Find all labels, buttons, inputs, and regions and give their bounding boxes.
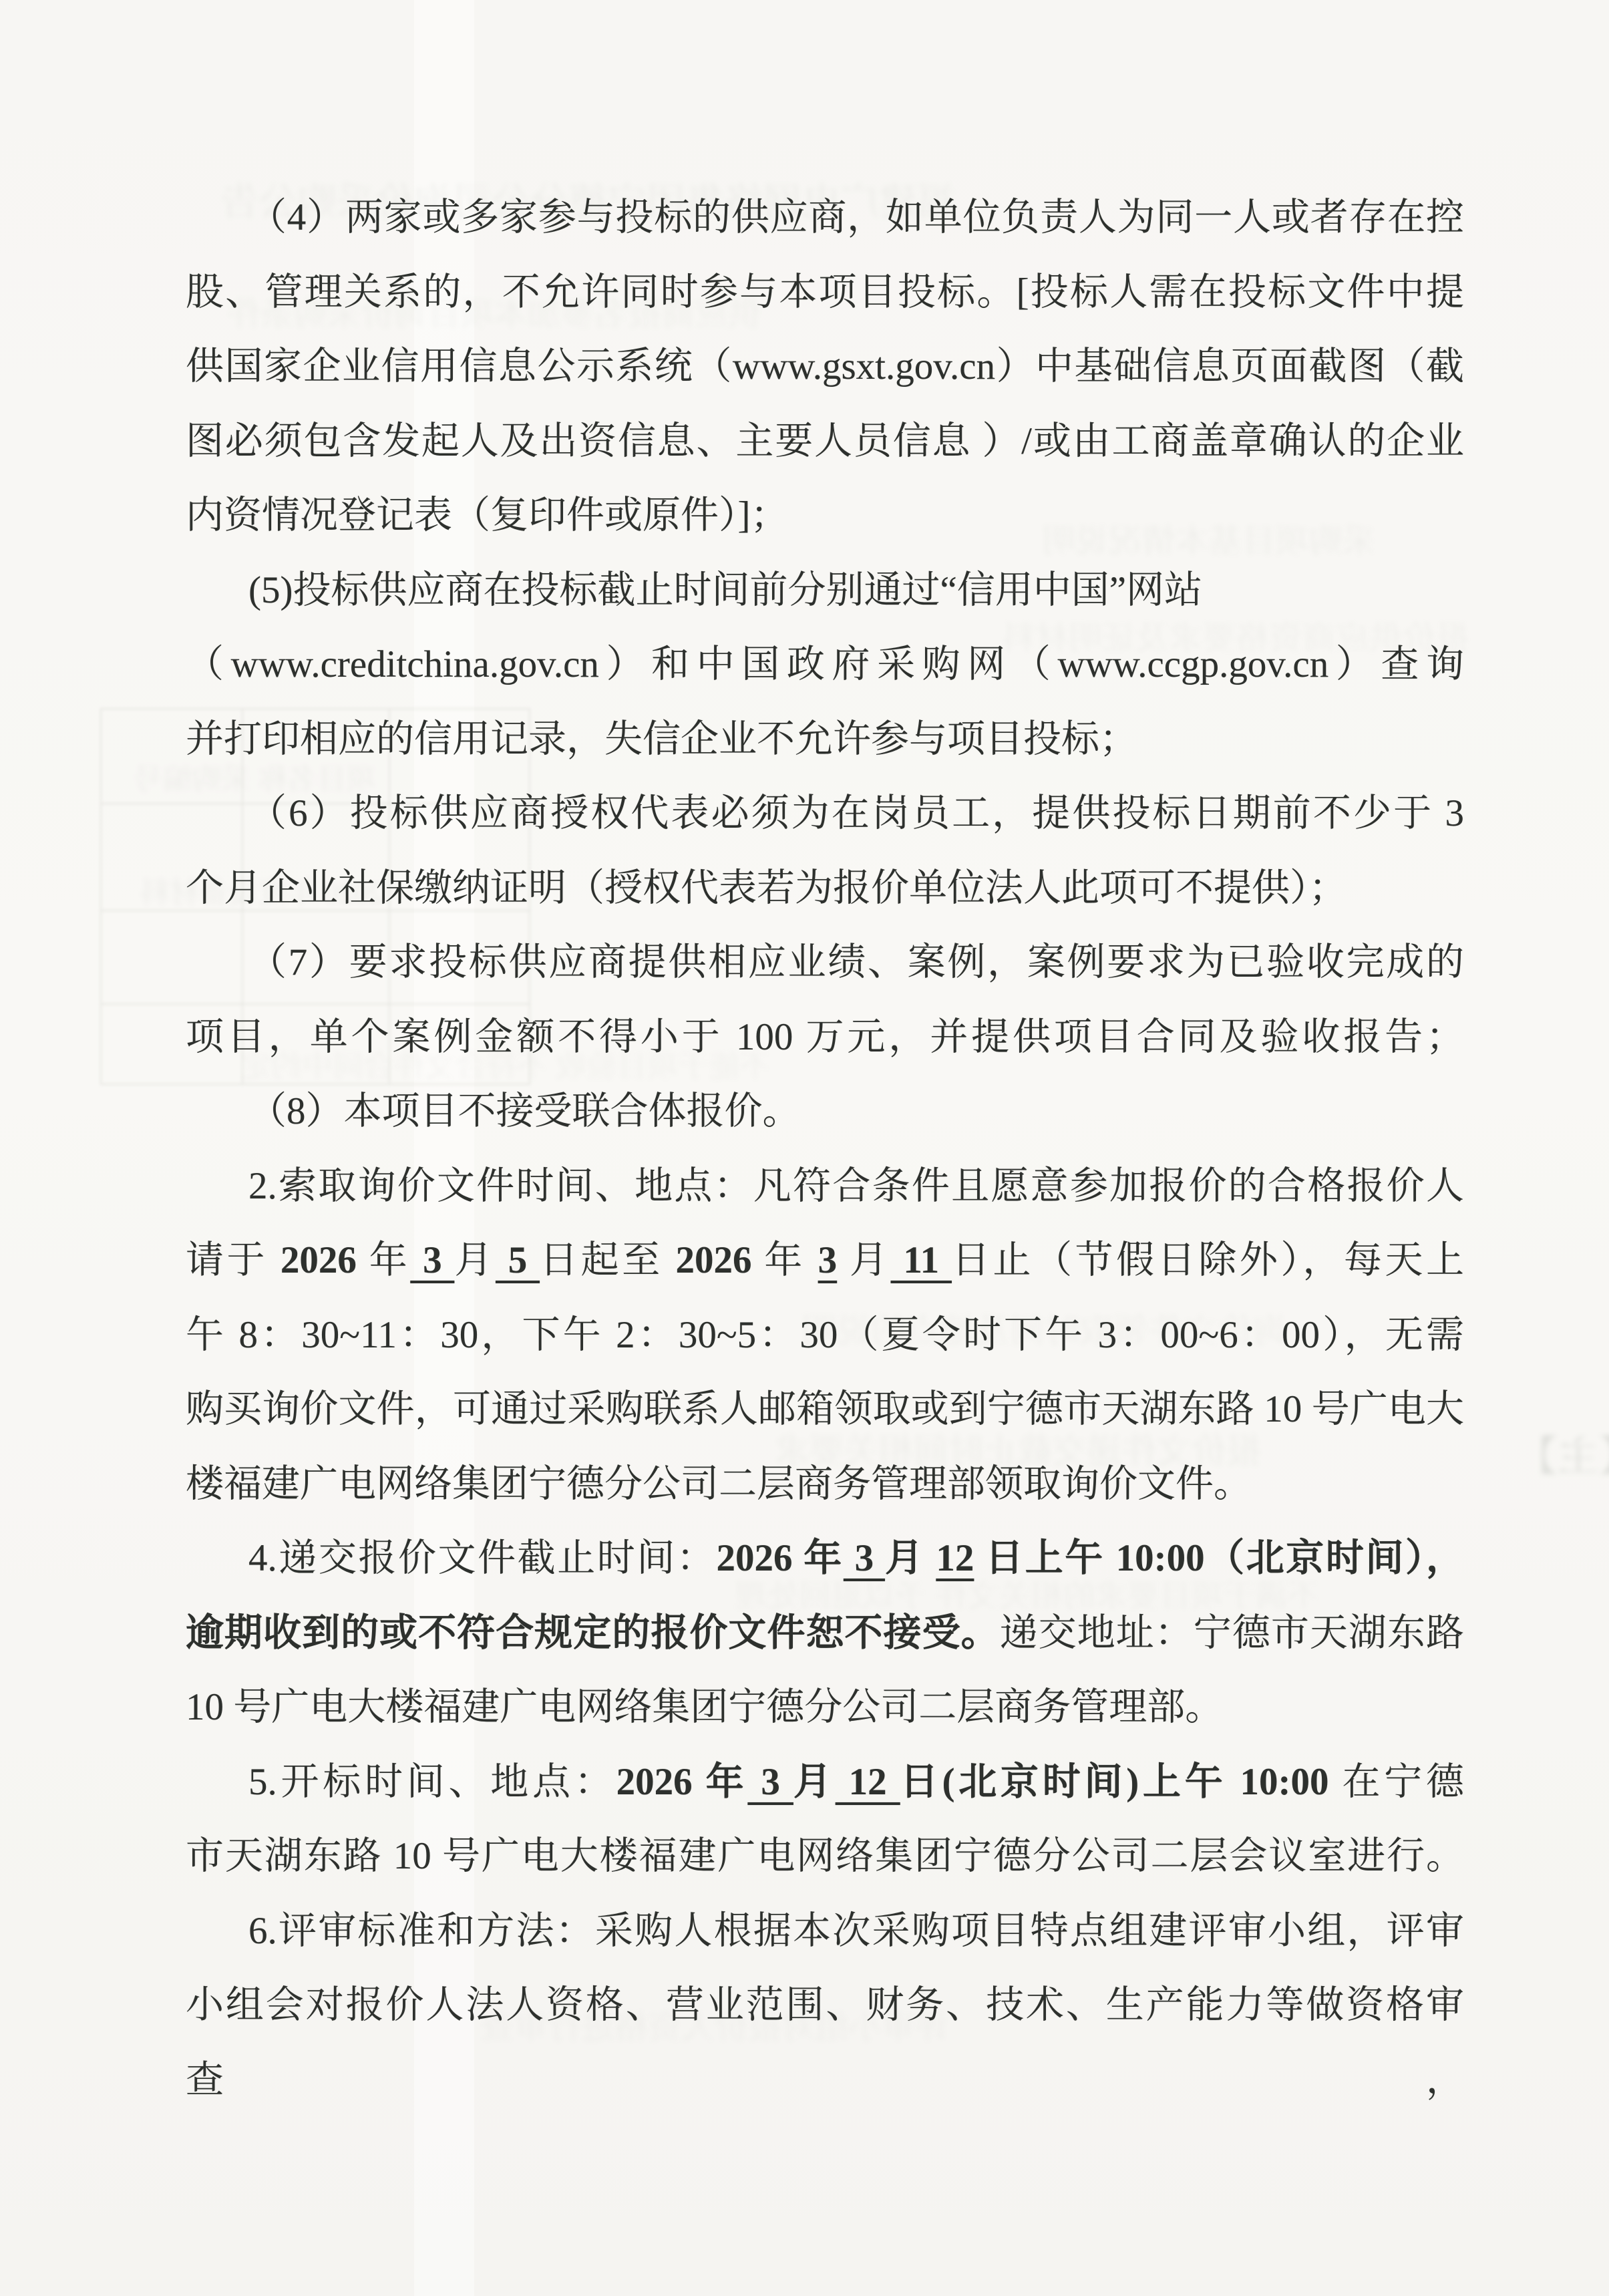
text-segment: 楼福建广电网络集团宁德分公司二层商务管理部领取询价文件。 (186, 1463, 1252, 1505)
text-line: 个月企业社保缴纳证明（授权代表若为报价单位法人此项可不提供）； (186, 851, 1464, 926)
text-segment: 5.开标时间、地点： (248, 1761, 616, 1803)
text-line: 股、管理关系的，不允许同时参与本项目投标。[投标人需在投标文件中提 (186, 255, 1464, 330)
text-segment: 内资情况登记表（复印件或原件）]； (186, 494, 788, 536)
text-segment: 个月企业社保缴纳证明（授权代表若为报价单位法人此项可不提供）； (186, 867, 1347, 909)
text-segment: 在宁德 (1343, 1761, 1465, 1803)
text-segment: 6.评审标准和方法：采购人根据本次采购项目特点组建评审小组，评审 (248, 1910, 1464, 1952)
text-segment: （7）要求投标供应商提供相应业绩、案例，案例要求为已验收完成的 (248, 941, 1464, 983)
underlined-date-value: 5 (496, 1239, 540, 1281)
text-segment: 10 号广电大楼福建广电网络集团宁德分公司二层商务管理部。 (186, 1686, 1223, 1728)
text-segment: （8）本项目不接受联合体报价。 (248, 1090, 801, 1132)
text-segment: （4）两家或多家参与投标的供应商，如单位负责人为同一人或者存在控 (248, 196, 1464, 238)
text-segment: 2026 (676, 1239, 752, 1281)
text-line: 市天湖东路 10 号广电大楼福建广电网络集团宁德分公司二层会议室进行。 (186, 1819, 1464, 1894)
text-line: 5.开标时间、地点：2026 年 3 月 12 日(北京时间)上午 10:00 … (186, 1745, 1464, 1820)
text-line: 逾期收到的或不符合规定的报价文件恕不接受。递交地址：宁德市天湖东路 (186, 1596, 1464, 1671)
text-line: （7）要求投标供应商提供相应业绩、案例，案例要求为已验收完成的 (186, 925, 1464, 1000)
text-segment: 日起至 (540, 1239, 675, 1281)
text-segment: 项目，单个案例金额不得小于 100 万元，并提供项目合同及验收报告； (186, 1016, 1464, 1058)
underlined-date-value: 3 (818, 1239, 838, 1281)
text-segment: 年 (357, 1239, 410, 1281)
text-segment: 日(北京时间)上午 10:00 (900, 1761, 1343, 1803)
text-segment: 月 (837, 1239, 890, 1281)
text-line: 2.索取询价文件时间、地点：凡符合条件且愿意参加报价的合格报价人 (186, 1149, 1464, 1224)
text-line: 午 8：30~11：30，下午 2：30~5：30（夏令时下午 3：00~6：0… (186, 1298, 1464, 1373)
text-segment: 逾期收到的或不符合规定的报价文件恕不接受。 (186, 1612, 1000, 1654)
text-segment: 午 8：30~11：30，下午 2：30~5：30（夏令时下午 3：00~6：0… (186, 1314, 1464, 1356)
text-segment: 月 (885, 1537, 936, 1579)
text-line: 6.评审标准和方法：采购人根据本次采购项目特点组建评审小组，评审 (186, 1894, 1464, 1969)
text-line: 4.递交报价文件截止时间：2026 年 3 月 12 日上午 10:00（北京时… (186, 1521, 1464, 1596)
underlined-date-value: 12 (936, 1537, 974, 1579)
text-line: 楼福建广电网络集团宁德分公司二层商务管理部领取询价文件。 (186, 1447, 1464, 1522)
underlined-date-value: 3 (747, 1761, 793, 1803)
text-line: （4）两家或多家参与投标的供应商，如单位负责人为同一人或者存在控 (186, 180, 1464, 255)
text-segment: 股、管理关系的，不允许同时参与本项目投标。[投标人需在投标文件中提 (186, 271, 1464, 313)
text-segment: 年 (752, 1239, 818, 1281)
text-line: 10 号广电大楼福建广电网络集团宁德分公司二层商务管理部。 (186, 1670, 1464, 1745)
text-segment: 4.递交报价文件截止时间： (248, 1537, 716, 1579)
text-line: （6）投标供应商授权代表必须为在岗员工，提供投标日期前不少于 3 (186, 776, 1464, 851)
scanned-document-page: 福建广电网络集团宁德分公司询价采购公告供应商报名参加本项目询价采购条件采购项目基… (0, 0, 1609, 2296)
text-segment: 2026 年 (716, 1537, 843, 1579)
text-segment: 2026 年 (616, 1761, 748, 1803)
text-line: 项目，单个案例金额不得小于 100 万元，并提供项目合同及验收报告； (186, 1000, 1464, 1075)
underlined-date-value: 3 (410, 1239, 454, 1281)
text-segment: 日止（节假日除外），每天上 (952, 1239, 1464, 1281)
text-line: 供国家企业信用信息公示系统（www.gsxt.gov.cn）中基础信息页面截图（… (186, 329, 1464, 404)
text-segment: (5)投标供应商在投标截止时间前分别通过“信用中国”网站 (248, 569, 1202, 611)
text-segment: 请于 (186, 1239, 281, 1281)
bleedthrough-smudge: 【主】 (1516, 1423, 1609, 1482)
text-segment: 日上午 10:00（北京时间）， (974, 1537, 1464, 1579)
text-line: （www.creditchina.gov.cn）和中国政府采购网（www.ccg… (186, 627, 1464, 702)
underlined-date-value: 3 (844, 1537, 885, 1579)
text-line: 购买询价文件，可通过采购联系人邮箱领取或到宁德市天湖东路 10 号广电大 (186, 1372, 1464, 1447)
text-line: （8）本项目不接受联合体报价。 (186, 1074, 1464, 1149)
text-segment: 递交地址：宁德市天湖东路 (1000, 1612, 1464, 1654)
underlined-date-value: 12 (836, 1761, 900, 1803)
text-line: 并打印相应的信用记录，失信企业不允许参与项目投标； (186, 702, 1464, 777)
underlined-date-value: 11 (891, 1239, 952, 1281)
text-segment: 月 (793, 1761, 836, 1803)
text-line: 内资情况登记表（复印件或原件）]； (186, 478, 1464, 553)
text-segment: 2.索取询价文件时间、地点：凡符合条件且愿意参加报价的合格报价人 (248, 1165, 1464, 1207)
text-line: 图必须包含发起人及出资信息、主要人员信息 ）/或由工商盖章确认的企业 (186, 404, 1464, 479)
text-segment: 供国家企业信用信息公示系统（www.gsxt.gov.cn）中基础信息页面截图（… (186, 345, 1464, 387)
text-line: (5)投标供应商在投标截止时间前分别通过“信用中国”网站 (186, 553, 1464, 628)
text-line: 小组会对报价人法人资格、营业范围、财务、技术、生产能力等做资格审查， (186, 1968, 1464, 2043)
text-segment: 市天湖东路 10 号广电大楼福建广电网络集团宁德分公司二层会议室进行。 (186, 1835, 1464, 1877)
text-segment: 小组会对报价人法人资格、营业范围、财务、技术、生产能力等做资格审查， (186, 1984, 1464, 2101)
text-segment: 月 (454, 1239, 496, 1281)
text-segment: 图必须包含发起人及出资信息、主要人员信息 ）/或由工商盖章确认的企业 (186, 420, 1464, 462)
text-segment: 购买询价文件，可通过采购联系人邮箱领取或到宁德市天湖东路 10 号广电大 (186, 1388, 1464, 1430)
text-segment: 2026 (281, 1239, 357, 1281)
text-line: 请于 2026 年 3 月 5 日起至 2026 年 3 月 11 日止（节假日… (186, 1223, 1464, 1298)
text-segment: 并打印相应的信用记录，失信企业不允许参与项目投标； (186, 718, 1137, 760)
text-segment: （6）投标供应商授权代表必须为在岗员工，提供投标日期前不少于 3 (248, 792, 1464, 834)
text-segment: （www.creditchina.gov.cn）和中国政府采购网（www.ccg… (186, 643, 1464, 685)
